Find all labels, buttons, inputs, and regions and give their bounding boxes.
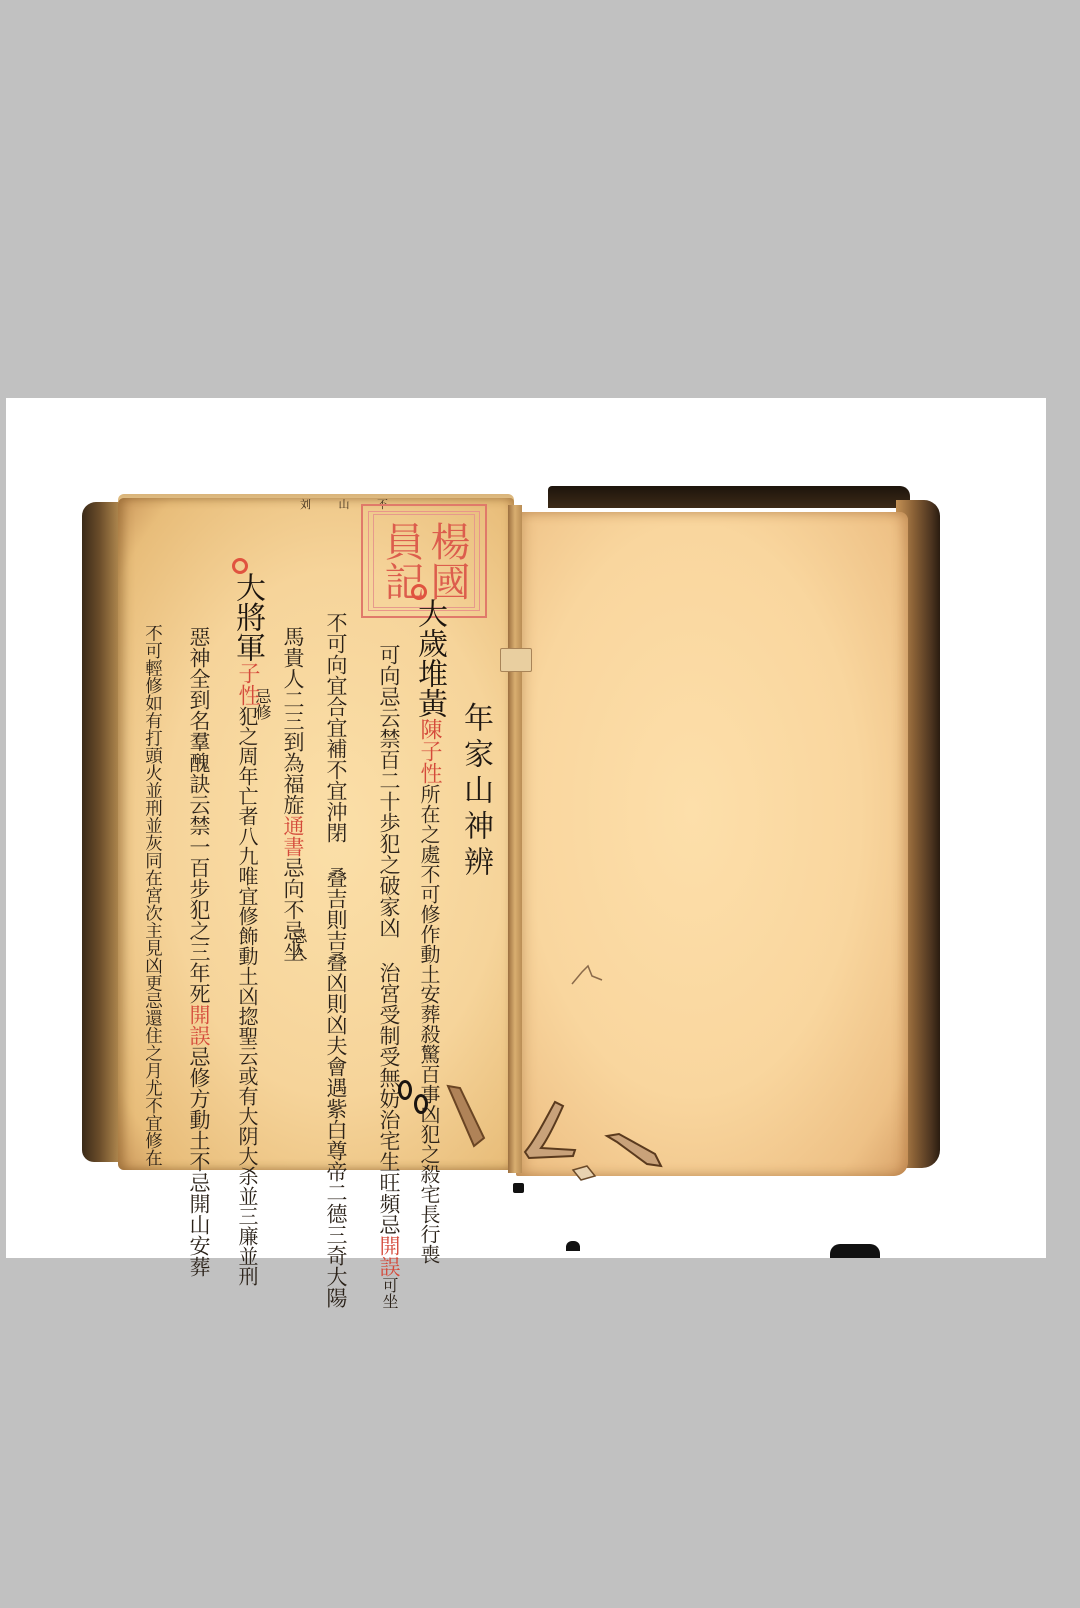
entry-2-column: 大將軍子性犯之周年亡者八九唯宜修飾動土凶㧾聖云或有大阴大杀並三廉並刑	[232, 572, 262, 1286]
entry-1-line-4: 馬貴人二三到為福㫌	[281, 626, 305, 815]
entry-1-line-1: 所在之處不可修作動土安葬殺驚百事凶犯之殺宅長行喪	[417, 784, 441, 1264]
entry-2-red-annotation: 開誤	[187, 1004, 211, 1046]
entry-2-line-1: 犯之周年亡者八九唯宜修飾動土凶㧾聖云或有大阴大杀並三廉並刑	[235, 706, 259, 1286]
worm-damage-mark	[515, 1090, 675, 1190]
entry-2-line-2: 惡神全到名羣醜訣云禁一百步犯之三年死	[187, 626, 211, 1004]
ink-dot-marker	[398, 1080, 412, 1100]
scan-artifact	[566, 1241, 580, 1251]
entry-2-line-3: 忌修方動土不忌開山安葬	[187, 1046, 211, 1277]
entry-2-side-note: 忌修	[254, 688, 270, 720]
stain-mark	[568, 962, 608, 992]
book-gutter	[508, 505, 522, 1173]
right-page-top-shadow	[548, 486, 910, 508]
entry-1-red-note: 陳子性	[417, 718, 442, 784]
entry-1-column-2: 可向忌云禁百二十歩犯之破家凶 治宮受制受無妨治宅生旺頻忌開誤可坐	[378, 644, 399, 1309]
open-book: 刘 山 不 楊國 員記 年家山神辨 大歲堆黃陳子性所在之處不可修作動土安葬殺驚百…	[0, 0, 1080, 1608]
entry-1-column-4: 馬貴人二三到為福㫌通書忌向不忌坐	[282, 626, 303, 962]
paper-patch	[500, 648, 532, 672]
entry-1-small-note: 可坐	[380, 1277, 399, 1309]
seal-text-right: 楊國	[426, 521, 468, 601]
entry-1-column: 大歲堆黃陳子性所在之處不可修作動土安葬殺驚百事凶犯之殺宅長行喪	[414, 598, 444, 1264]
entry-1-red-annotation: 開誤	[377, 1235, 401, 1277]
entry-1-line-3: 不可向宜合宜補不宜沖閉 叠吉則吉叠凶則凶夫會遇紫白尊帝二德三奇大陽	[324, 612, 348, 1308]
entry-1-column-3: 不可向宜合宜補不宜沖閉 叠吉則吉叠凶則凶夫會遇紫白尊帝二德三奇大陽	[325, 612, 346, 1308]
right-page	[516, 512, 908, 1176]
scan-artifact	[513, 1183, 524, 1193]
entry-2-column-2: 惡神全到名羣醜訣云禁一百步犯之三年死開誤忌修方動土不忌開山安葬	[188, 626, 209, 1277]
paper-tear-mark	[440, 1082, 490, 1152]
ink-dot-marker	[414, 1094, 428, 1114]
entry-1-red-tongshu: 通書	[281, 815, 305, 857]
entry-2-column-3: 不可輕修如有打頭火並刑並灰同在宮次主見凶更忌還住之月尤不宜修在	[143, 624, 161, 1167]
entry-2-line-4: 不可輕修如有打頭火並刑並灰同在宮次主見凶更忌還住之月尤不宜修在	[143, 624, 163, 1167]
entry-1-small-note-2: 忌入	[290, 928, 306, 960]
entry-1-heading: 大歲堆黃	[412, 598, 447, 718]
entry-1-line-2: 可向忌云禁百二十歩犯之破家凶 治宮受制受無妨治宅生旺頻忌	[377, 644, 401, 1235]
scan-artifact	[830, 1244, 880, 1258]
page-title: 年家山神辨	[460, 702, 490, 882]
entry-2-heading: 大將軍	[230, 572, 265, 662]
